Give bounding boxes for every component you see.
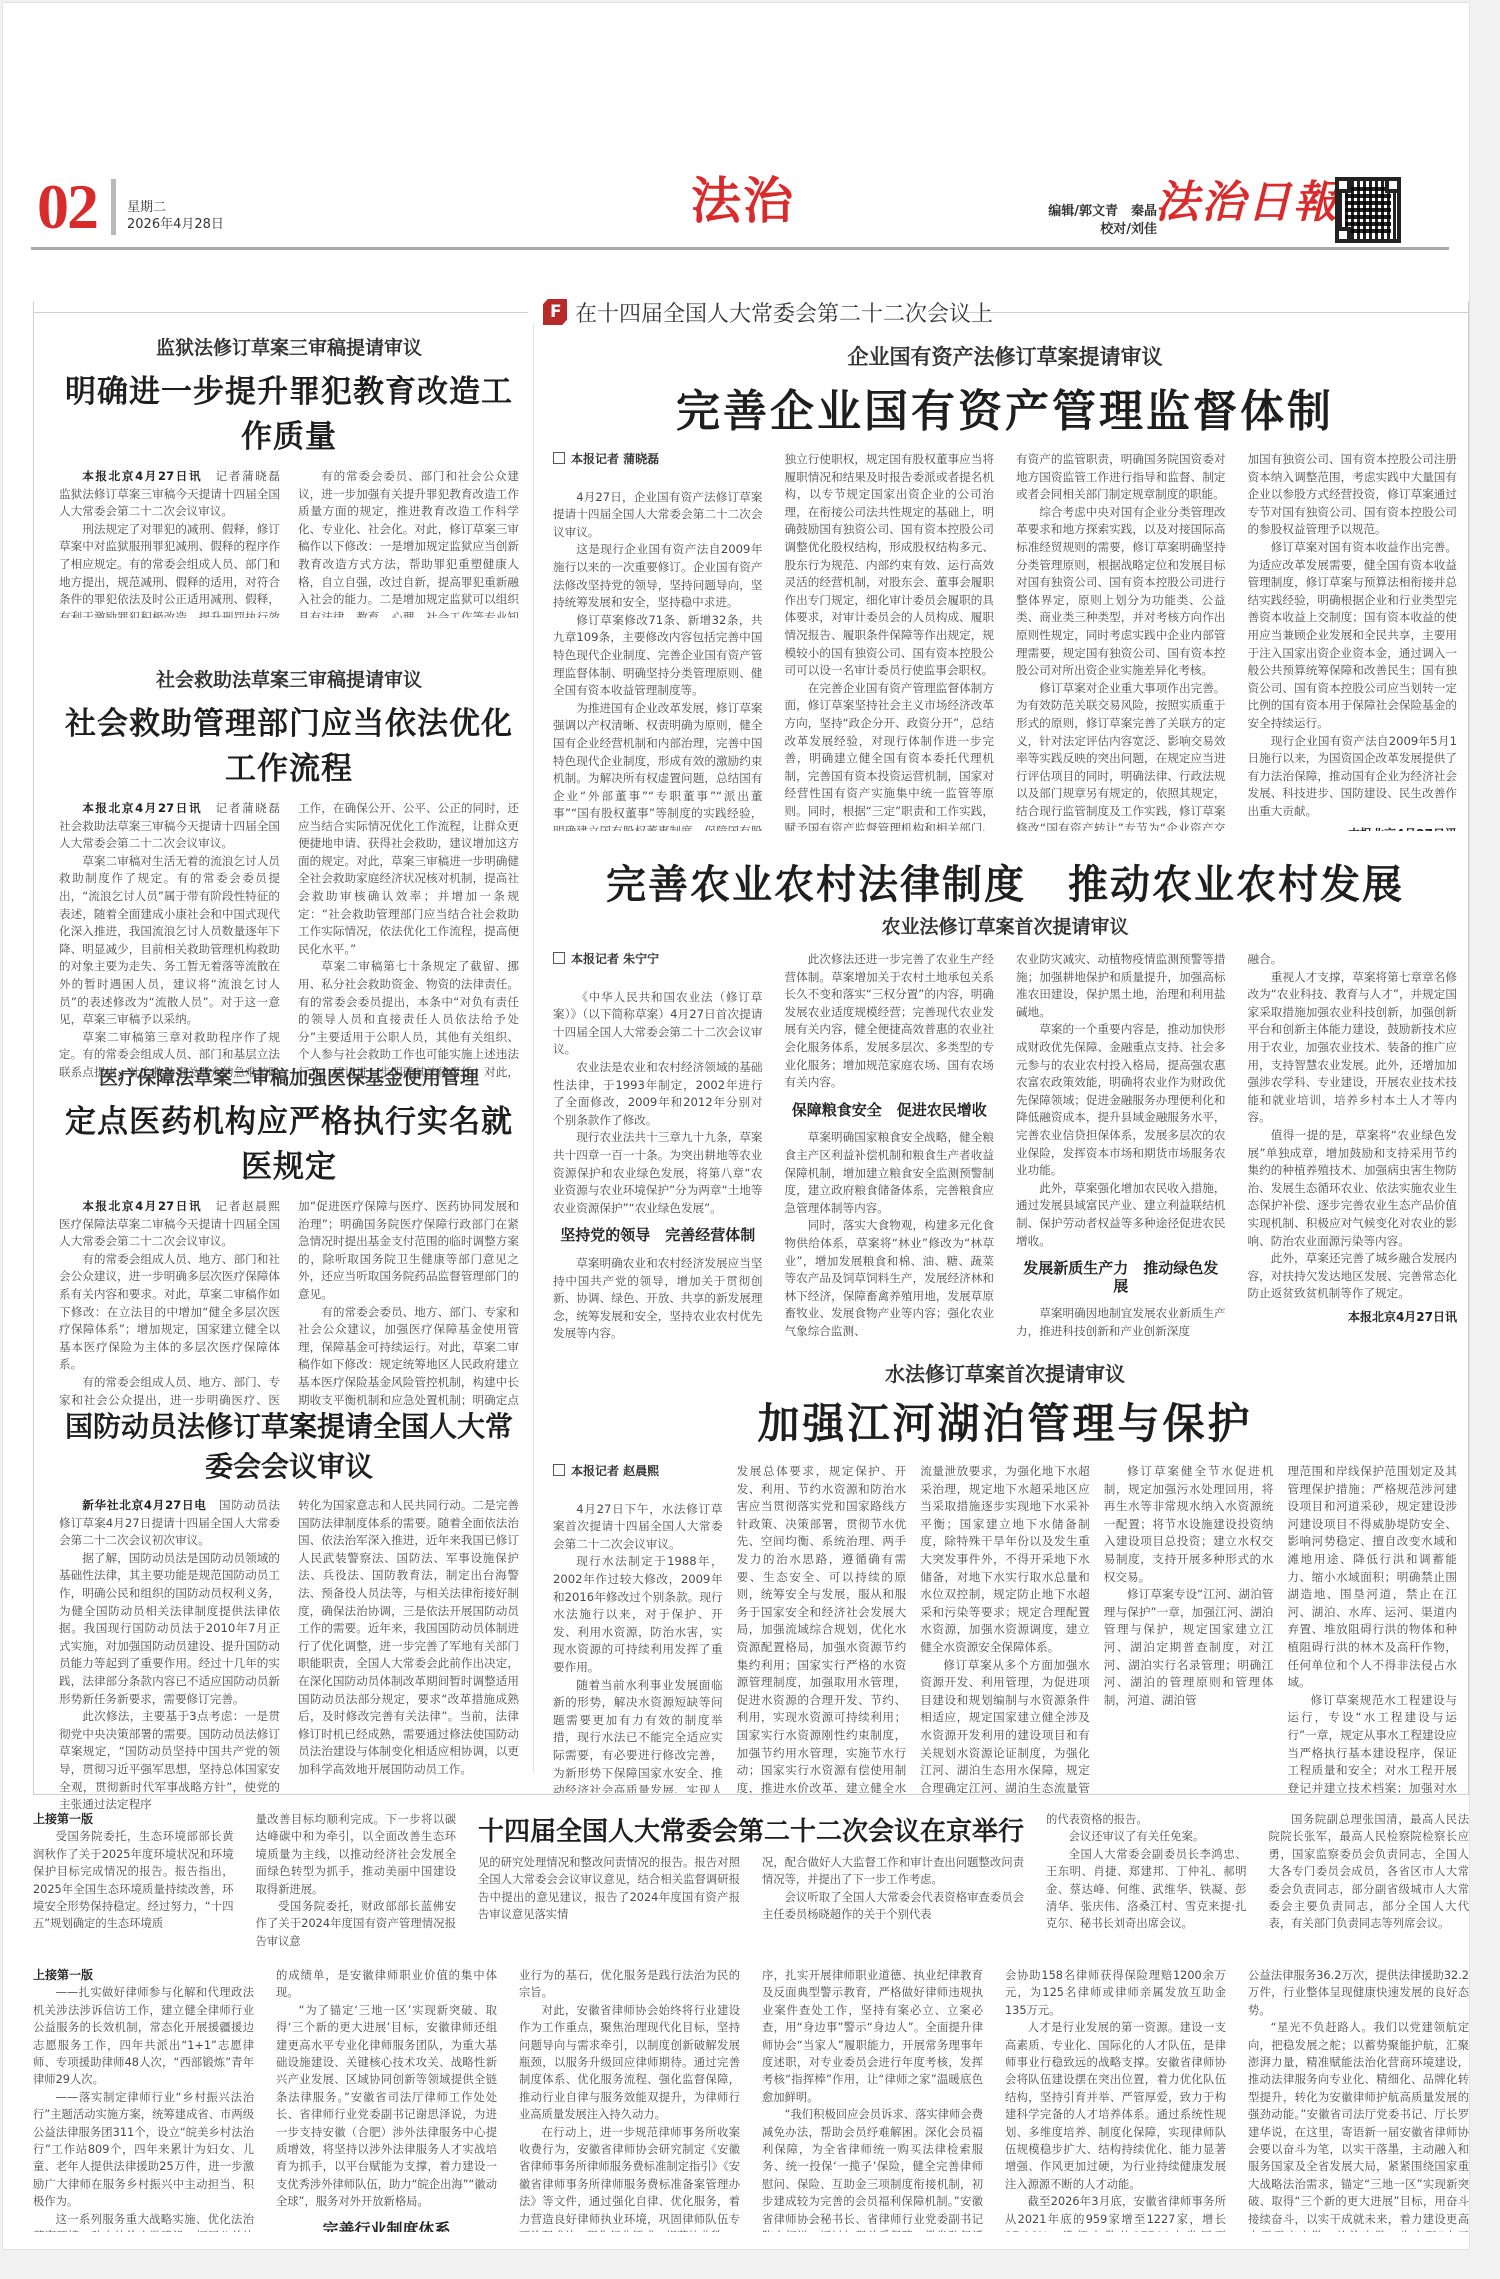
continued-section: 上接第一版 受国务院委托，生态环境部部长黄润秋作了关于2025年度环境状况和环境… <box>33 1811 1469 2232</box>
section-subhead: 坚持党的领导 完善经营体制 <box>553 1227 763 1245</box>
article-column: 新华社北京4月27日电 国防动员法修订草案4月27日提请十四届全国人大常委会第二… <box>59 1497 280 1817</box>
article-kicker: 企业国有资产法修订草案提请审议 <box>553 341 1457 371</box>
section-subhead: 发展新质生产力 推动绿色发展 <box>1016 1260 1226 1295</box>
story-column: 量改善目标均顺利完成。下一步将以碳达峰碳中和为牵引，以全面改善生态环境质量为主线… <box>256 1811 457 1950</box>
article-column: 本报记者 朱宁宁 《中华人民共和国农业法（修订草案）》（以下简称草案）4月27日… <box>553 951 763 1346</box>
article-column: 本报北京4月27日讯 记者蒲晓磊 社会救助法草案三审稿今天提请十四届全国人大常委… <box>59 800 280 1080</box>
dateline: 本报北京4月27日讯 <box>82 469 202 483</box>
article-column: 有的常委会委员、部门和社会公众建议，进一步加强有关提升罪犯教育改造工作质量方面的… <box>298 468 519 618</box>
byline: 本报记者 蒲晓磊 <box>553 451 763 469</box>
article-soe-assets[interactable]: 企业国有资产法修订草案提请审议 完善企业国有资产管理监督体制 本报记者 蒲晓磊 … <box>553 341 1457 831</box>
article-prison-law[interactable]: 监狱法修订草案三审稿提请审议 明确进一步提升罪犯教育改造工作质量 本报北京4月2… <box>59 333 519 618</box>
section-title: 法治 <box>691 171 795 231</box>
article-headline[interactable]: 社会救助管理部门应当依法优化工作流程 <box>59 698 519 788</box>
story-anhui-lawyers[interactable]: 上接第一版 ——扎实做好律师参与化解和代理政法机关涉法涉诉信访工作，建立健全律师… <box>33 1967 1469 2232</box>
article-column: 加国有独资公司、国有资本控股公司注册资本纳入调整范围，考虑实践中大量国有企业以参… <box>1248 451 1458 831</box>
byline: 本报记者 赵晨熙 <box>553 1463 723 1481</box>
article-defense-mobilization[interactable]: 国防动员法修订草案提请全国人大常委会会议审议 新华社北京4月27日电 国防动员法… <box>59 1405 519 1817</box>
article-column: 本报记者 蒲晓磊 4月27日，企业国有资产法修订草案提请十四届全国人大常委会第二… <box>553 451 763 831</box>
article-headline[interactable]: 加强江河湖泊管理与保护 <box>553 1391 1457 1451</box>
article-headline[interactable]: 国防动员法修订草案提请全国人大常委会会议审议 <box>59 1405 519 1485</box>
article-water-law[interactable]: 水法修订草案首次提请审议 加强江河湖泊管理与保护 本报记者 赵晨熙 4月27日下… <box>553 1358 1457 1793</box>
article-agriculture-law[interactable]: 完善农业农村法律制度 推动农业农村发展 农业法修订草案首次提请审议 本报记者 朱… <box>553 853 1457 1346</box>
article-column: 此次修法还进一步完善了农业生产经营体制。草案增加关于农村土地承包关系长久不变和落… <box>785 951 995 1346</box>
story-column: 上接第一版 ——扎实做好律师参与化解和代理政法机关涉法涉诉信访工作，建立健全律师… <box>33 1967 254 2232</box>
signoff: 本报北京4月27日讯 <box>1248 1309 1458 1327</box>
article-kicker: 医疗保障法草案二审稿加强医保基金使用管理 <box>59 1063 519 1090</box>
story-column: 业行为的基石，优化服务是践行法治为民的宗旨。 对此，安徽省律师协会始终将行业建设… <box>519 1967 740 2232</box>
article-column: 工作，在确保公开、公平、公正的同时，还应当结合实际情况优化工作流程，让群众更便捷… <box>298 800 519 1080</box>
section-subhead: 保障粮食安全 促进农民增收 <box>785 1102 995 1120</box>
story-column: 的代表资格的报告。 会议还审议了有关任免案。 全国人大常委会副委员长李鸿忠、王东… <box>1046 1811 1247 1950</box>
dateline: 新华社北京4月27日电 <box>82 1498 206 1512</box>
article-headline[interactable]: 完善企业国有资产管理监督体制 <box>553 375 1457 439</box>
article-medical-security[interactable]: 医疗保障法草案二审稿加强医保基金使用管理 定点医药机构应严格执行实名就医规定 本… <box>59 1063 519 1408</box>
issue-date: 星期二 2026年4月28日 <box>127 199 224 233</box>
qr-code-icon[interactable] <box>1335 177 1401 243</box>
story-npc-session[interactable]: 上接第一版 受国务院委托，生态环境部部长黄润秋作了关于2025年度环境状况和环境… <box>33 1811 1469 1961</box>
article-column: 有资产的监管职责，明确国务院国资委对地方国资监管工作进行指导和监督、制定或者会同… <box>1016 451 1226 831</box>
qr-finder <box>1335 227 1351 243</box>
weekday: 星期二 <box>127 199 224 216</box>
column-divider <box>533 323 534 1773</box>
masthead: 02 星期二 2026年4月28日 法治 编辑/郭文青 秦晶 校对/刘佳 法治日… <box>31 163 1449 245</box>
dateline: 本报北京4月27日讯 <box>82 1199 202 1213</box>
masthead-rule <box>31 247 1449 250</box>
article-column: 本报北京4月27日讯 记者蒲晓磊 监狱法修订草案三审稿今天提请十四届全国人大常委… <box>59 468 280 618</box>
article-headline[interactable]: 明确进一步提升罪犯教育改造工作质量 <box>59 366 519 456</box>
signoff: 本报北京4月27日讯 <box>1248 826 1458 831</box>
newspaper-logo: 法治日報 <box>1155 175 1339 231</box>
article-column: 修订草案健全节水促进机制，规定加强污水处理回用，将再生水等非常规水纳入水资源统一… <box>1104 1463 1274 1793</box>
article-column: 加“促进医疗保障与医疗、医药协同发展和治理”；明确国务院医疗保障行政部门在紧急情… <box>298 1198 519 1408</box>
editors: 编辑/郭文青 秦晶 <box>1048 203 1157 221</box>
story-column: 的成绩单，是安徽律师职业价值的集中体现。 “为了锚定‘三地一区’实现新突破、取得… <box>276 1967 497 2232</box>
article-column: 转化为国家意志和人民共同行动。二是完善国防法律制度体系的需要。随着全面依法治国、… <box>298 1497 519 1817</box>
continued-from-label: 上接第一版 <box>33 1811 234 1828</box>
article-column: 发展总体要求，规定保护、开发、利用、节约水资源和防治水害应当贯彻落实党和国家路线… <box>737 1463 907 1793</box>
article-column: 融合。 重视人才支撑，草案将第七章章名修改为“农业科技、教育与人才”，并规定国家… <box>1248 951 1458 1346</box>
article-headline[interactable]: 定点医药机构应严格执行实名就医规定 <box>59 1096 519 1186</box>
article-column: 本报记者 赵晨熙 4月27日下午，水法修订草案首次提请十四届全国人大常委会第二十… <box>553 1463 723 1793</box>
reporter: 记者赵晨熙 <box>215 1199 280 1213</box>
qr-finder <box>1335 177 1351 193</box>
story-center: 十四届全国人大常委会第二十二次会议在京举行 见的研究处理情况和整改问责情况的报告… <box>478 1811 1024 1950</box>
byline: 本报记者 朱宁宁 <box>553 951 763 969</box>
section-subhead: 完善行业制度体系 <box>276 2221 497 2232</box>
article-column: 理范围和岸线保护范围划定及其管理保护措施；严格规范涉河建设项目和河道采砂，规定建… <box>1287 1463 1457 1793</box>
article-column: 独立行使职权，规定国有股权董事应当将履职情况和结果及时报告委派或者提名机构，以专… <box>785 451 995 831</box>
newspaper-page: 02 星期二 2026年4月28日 法治 编辑/郭文青 秦晶 校对/刘佳 法治日… <box>2 2 1470 2250</box>
proofreader: 校对/刘佳 <box>1048 221 1157 239</box>
story-headline[interactable]: 十四届全国人大常委会第二十二次会议在京举行 <box>478 1811 1024 1848</box>
reporter: 记者蒲晓磊 <box>215 469 280 483</box>
story-column: 况，配合做好人大监督工作和审计查出问题整改问责情况等，并提出了下一步工作考虑。 … <box>762 1854 1024 1924</box>
article-kicker: 社会救助法草案三审稿提请审议 <box>59 665 519 692</box>
reporter: 记者蒲晓磊 <box>215 801 280 815</box>
story-column: 见的研究处理情况和整改问责情况的报告。报告对照全国人大常委会会议审议意见，结合相… <box>478 1854 740 1924</box>
article-social-assistance[interactable]: 社会救助法草案三审稿提请审议 社会救助管理部门应当依法优化工作流程 本报北京4月… <box>59 665 519 1080</box>
article-kicker: 农业法修订草案首次提请审议 <box>553 912 1457 939</box>
article-kicker: 监狱法修订草案三审稿提请审议 <box>59 333 519 360</box>
page-number: 02 <box>37 175 97 239</box>
qr-finder <box>1385 177 1401 193</box>
article-column: 农业防灾减灾、动植物疫情监测预警等措施；加强耕地保护和质量提升，加强高标准农田建… <box>1016 951 1226 1346</box>
editor-credits: 编辑/郭文青 秦晶 校对/刘佳 <box>1048 203 1157 239</box>
story-column: 公益法律服务36.2万次，提供法律援助32.2万件，行业整体呈现健康快速发展的良… <box>1248 1967 1469 2232</box>
article-column: 本报北京4月27日讯 记者赵晨熙 医疗保障法草案二审稿今天提请十四届全国人大常委… <box>59 1198 280 1408</box>
story-column: 国务院副总理张国清，最高人民法院院长张军，最高人民检察院检察长应勇，国家监察委员… <box>1269 1811 1470 1950</box>
story-column: 序，扎实开展律师职业道德、执业纪律教育及反面典型警示教育，严格做好律师违规执业案… <box>762 1967 983 2232</box>
date: 2026年4月28日 <box>127 216 224 233</box>
article-headline[interactable]: 完善农业农村法律制度 推动农业农村发展 <box>553 853 1457 910</box>
story-column: 上接第一版 受国务院委托，生态环境部部长黄润秋作了关于2025年度环境状况和环境… <box>33 1811 234 1950</box>
continued-from-label: 上接第一版 <box>33 1967 254 1984</box>
dateline: 本报北京4月27日讯 <box>82 801 202 815</box>
article-column: 流量泄放要求，为强化地下水超采治理，规定地下水超采地区应当采取措施逐步实现地下水… <box>920 1463 1090 1793</box>
article-kicker: 水法修订草案首次提请审议 <box>553 1358 1457 1387</box>
story-column: 会协助158名律师获得保险理赔1200余万元，为125名律师或律师亲属发放互助金… <box>1005 1967 1226 2232</box>
masthead-divider <box>111 179 116 235</box>
